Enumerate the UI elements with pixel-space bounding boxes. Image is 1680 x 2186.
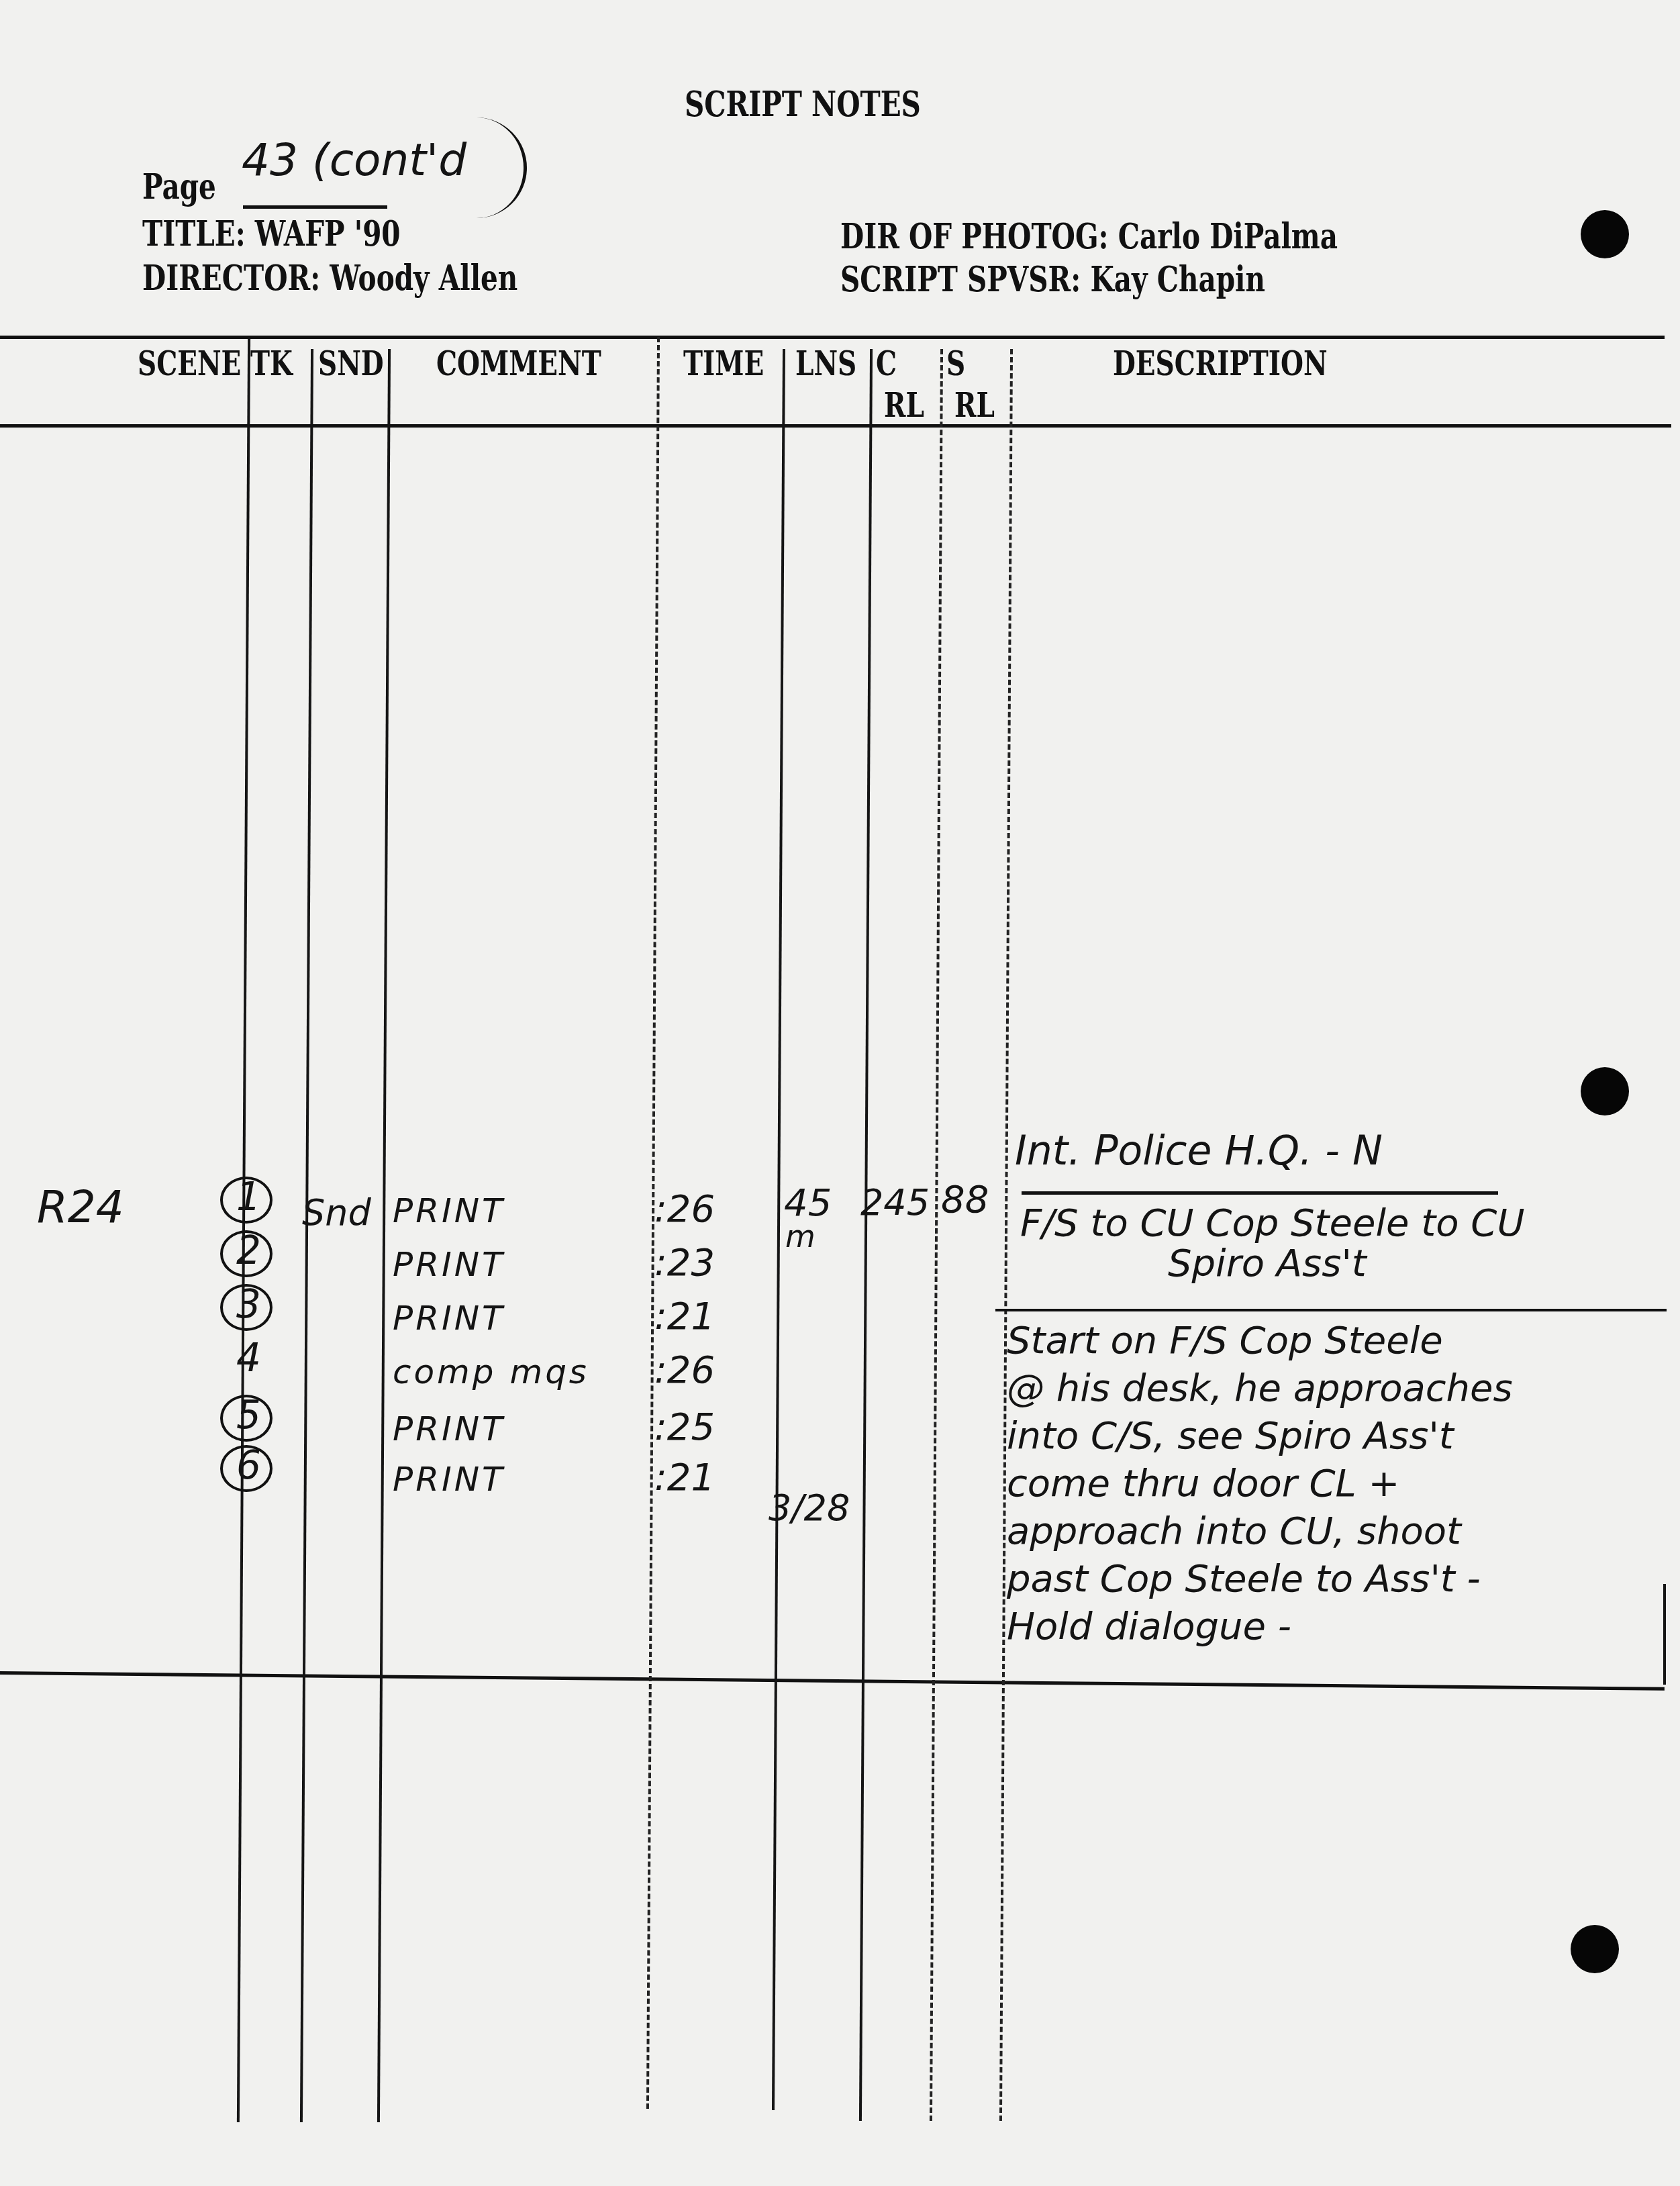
page-label: Page [142, 166, 216, 207]
col-header-comment: COMMENT [436, 344, 601, 383]
header-bottom-rule [0, 424, 1671, 428]
take-time: :25 [654, 1405, 715, 1449]
take-comment: PRINT [393, 1191, 505, 1230]
col-header-s-rl: RL [954, 385, 995, 425]
take-comment: PRINT [393, 1299, 505, 1338]
date-mark: 3/28 [769, 1487, 850, 1529]
sound-value: Snd [302, 1191, 371, 1234]
col-header-s: S [946, 344, 965, 383]
page-number: 43 (cont'd [242, 134, 466, 186]
entry-bottom-rule [0, 1671, 1665, 1691]
description-line: Start on F/S Cop Steele [1007, 1319, 1443, 1362]
title-field: TITLE: WAFP '90 [142, 213, 401, 254]
divider-c-s [930, 349, 943, 2121]
take-comment: comp mqs [393, 1352, 589, 1391]
col-header-time: TIME [683, 344, 764, 383]
supervisor-label: SCRIPT SPVSR: [840, 259, 1081, 300]
take-comment: PRINT [393, 1245, 505, 1284]
divider-tk-snd [300, 349, 313, 2122]
supervisor-field: SCRIPT SPVSR: Kay Chapin [840, 259, 1265, 300]
description-line: Hold dialogue - [1007, 1605, 1291, 1648]
take-time: :26 [654, 1187, 715, 1231]
director-field: DIRECTOR: Woody Allen [142, 258, 517, 299]
take-number: 3 [236, 1281, 261, 1327]
take-number: 5 [236, 1392, 261, 1438]
take-number: 4 [236, 1335, 261, 1381]
col-header-snd: SND [318, 344, 384, 383]
col-header-c: C [876, 344, 897, 383]
take-comment: PRINT [393, 1409, 505, 1448]
title-value: WAFP '90 [255, 213, 401, 254]
title-label: TITLE: [142, 213, 246, 254]
dop-label: DIR OF PHOTOG: [840, 216, 1109, 257]
description-line: into C/S, see Spiro Ass't [1007, 1414, 1454, 1458]
col-header-lns: LNS [795, 344, 856, 383]
description-line: @ his desk, he approaches [1007, 1367, 1513, 1410]
description-line: come thru door CL + [1007, 1462, 1400, 1505]
camera-roll-value: 245 [860, 1181, 930, 1224]
col-header-scene: SCENE [138, 344, 241, 383]
punch-hole-middle [1581, 1067, 1629, 1115]
scene-number: R24 [37, 1181, 124, 1233]
page-underline [243, 205, 387, 209]
take-number: 1 [236, 1174, 261, 1220]
dop-field: DIR OF PHOTOG: Carlo DiPalma [840, 216, 1338, 257]
sound-roll-value: 88 [941, 1178, 989, 1222]
closing-paren-mark [470, 117, 527, 218]
description-line: past Cop Steele to Ass't - [1007, 1557, 1481, 1601]
divider-s-description [999, 349, 1013, 2121]
col-header-description: DESCRIPTION [1113, 344, 1328, 383]
director-label: DIRECTOR: [142, 258, 320, 299]
take-number: 2 [236, 1228, 261, 1273]
form-title: SCRIPT NOTES [685, 84, 921, 125]
description-shot-2: Spiro Ass't [1168, 1242, 1367, 1285]
punch-hole-bottom [1571, 1925, 1619, 1973]
description-shot-1: F/S to CU Cop Steele to CU [1020, 1201, 1524, 1245]
description-line: approach into CU, shoot [1007, 1509, 1461, 1553]
heading-underline [1022, 1191, 1498, 1195]
take-time: :26 [654, 1348, 715, 1392]
take-number: 6 [236, 1442, 261, 1488]
take-time: :21 [654, 1456, 715, 1499]
divider-time-lns [772, 349, 785, 2110]
divider-snd-comment [377, 349, 391, 2122]
col-header-tk: TK [250, 344, 293, 383]
description-heading: Int. Police H.Q. - N [1015, 1128, 1383, 1175]
description-divider [995, 1309, 1667, 1311]
divider-lns-c [859, 349, 873, 2121]
take-time: :21 [654, 1295, 715, 1338]
take-comment: PRINT [393, 1460, 505, 1499]
supervisor-value: Kay Chapin [1090, 259, 1265, 300]
take-time: :23 [654, 1241, 715, 1285]
lens-note: m [785, 1218, 816, 1254]
punch-hole-top [1581, 210, 1629, 258]
right-margin-tick [1663, 1584, 1666, 1685]
director-value: Woody Allen [330, 258, 517, 299]
col-header-c-rl: RL [884, 385, 924, 425]
dop-value: Carlo DiPalma [1118, 216, 1338, 257]
